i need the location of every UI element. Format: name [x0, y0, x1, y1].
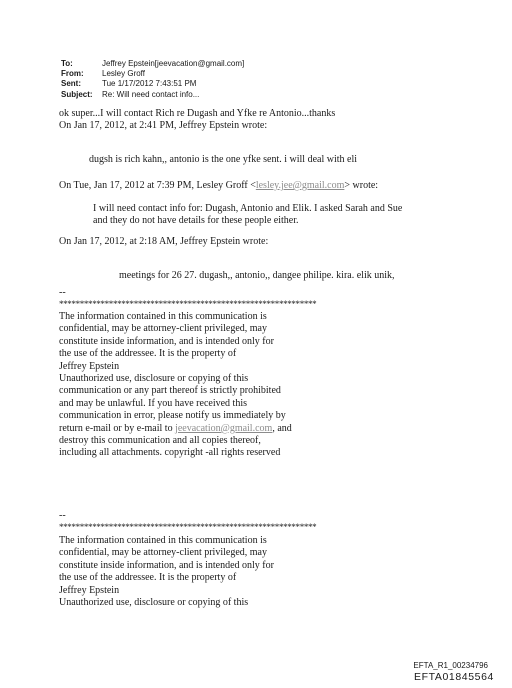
sent-label: Sent: — [61, 79, 102, 89]
disclaimer2-line: Unauthorized use, disclosure or copying … — [59, 597, 274, 609]
disclaimer2-stars: ****************************************… — [59, 522, 316, 532]
document-page: To: Jeffrey Epstein[jeevacation@gmail.co… — [0, 0, 512, 688]
footer-identifiers: EFTA_R1_00234796 EFTA01845564 — [413, 661, 494, 683]
disclaimer2-line: confidential, may be attorney-client pri… — [59, 547, 274, 559]
quote3-header: On Jan 17, 2012, at 2:18 AM, Jeffrey Eps… — [59, 236, 268, 248]
disclaimer1-line: constitute inside information, and is in… — [59, 336, 292, 348]
quote2-header-suffix: > wrote: — [344, 180, 378, 191]
disclaimer1-line: communication in error, please notify us… — [59, 410, 292, 422]
quote2-header: On Tue, Jan 17, 2012 at 7:39 PM, Lesley … — [59, 180, 378, 192]
footer-id-primary: EFTA_R1_00234796 — [413, 661, 488, 671]
disclaimer1-line: including all attachments. copyright -al… — [59, 447, 292, 459]
disclaimer1-line: Jeffrey Epstein — [59, 361, 292, 373]
reply-text: ok super...I will contact Rich re Dugash… — [59, 108, 335, 120]
disclaimer1-line: destroy this communication and all copie… — [59, 435, 292, 447]
disclaimer1-body: The information contained in this commun… — [59, 311, 292, 460]
footer-id-secondary: EFTA01845564 — [413, 671, 494, 683]
quote2-line2: and they do not have details for these p… — [93, 215, 299, 227]
disclaimer1-line: Unauthorized use, disclosure or copying … — [59, 373, 292, 385]
from-value: Lesley Groff — [102, 69, 145, 79]
subject-value: Re: Will need contact info... — [102, 90, 199, 100]
email-header: To: Jeffrey Epstein[jeevacation@gmail.co… — [61, 59, 244, 100]
subject-label: Subject: — [61, 90, 102, 100]
from-label: From: — [61, 69, 102, 79]
disclaimer2-line: constitute inside information, and is in… — [59, 560, 274, 572]
disclaimer1-line: the use of the addressee. It is the prop… — [59, 348, 292, 360]
disclaimer1-dashes: -- — [59, 289, 66, 297]
disclaimer2-line: Jeffrey Epstein — [59, 585, 274, 597]
quote3-text: meetings for 26 27. dugash,, antonio,, d… — [119, 270, 395, 282]
return-email-link[interactable]: jeevacation@gmail.com — [175, 423, 272, 434]
quote1-header: On Jan 17, 2012, at 2:41 PM, Jeffrey Eps… — [59, 120, 267, 132]
to-value: Jeffrey Epstein[jeevacation@gmail.com] — [102, 59, 244, 69]
disclaimer2-line: the use of the addressee. It is the prop… — [59, 572, 274, 584]
header-sent-row: Sent: Tue 1/17/2012 7:43:51 PM — [61, 79, 244, 89]
return-suffix: , and — [272, 423, 291, 434]
to-label: To: — [61, 59, 102, 69]
disclaimer2-line: The information contained in this commun… — [59, 535, 274, 547]
sent-value: Tue 1/17/2012 7:43:51 PM — [102, 79, 196, 89]
quote1-text: dugsh is rich kahn,, antonio is the one … — [89, 154, 357, 166]
quote2-email-link[interactable]: lesley.jee@gmail.com — [256, 180, 345, 191]
quote2-header-prefix: On Tue, Jan 17, 2012 at 7:39 PM, Lesley … — [59, 180, 256, 191]
disclaimer1-line: confidential, may be attorney-client pri… — [59, 323, 292, 335]
quote2-line1: I will need contact info for: Dugash, An… — [93, 203, 402, 215]
disclaimer2-dashes: -- — [59, 512, 66, 520]
disclaimer1-line: communication or any part thereof is str… — [59, 385, 292, 397]
disclaimer1-stars: ****************************************… — [59, 299, 316, 309]
disclaimer1-line: and may be unlawful. If you have receive… — [59, 398, 292, 410]
disclaimer1-return-line: return e-mail or by e-mail to jeevacatio… — [59, 423, 292, 435]
header-from-row: From: Lesley Groff — [61, 69, 244, 79]
header-to-row: To: Jeffrey Epstein[jeevacation@gmail.co… — [61, 59, 244, 69]
return-prefix: return e-mail or by e-mail to — [59, 423, 175, 434]
disclaimer1-line: The information contained in this commun… — [59, 311, 292, 323]
header-subject-row: Subject: Re: Will need contact info... — [61, 90, 244, 100]
disclaimer2-body: The information contained in this commun… — [59, 535, 274, 609]
